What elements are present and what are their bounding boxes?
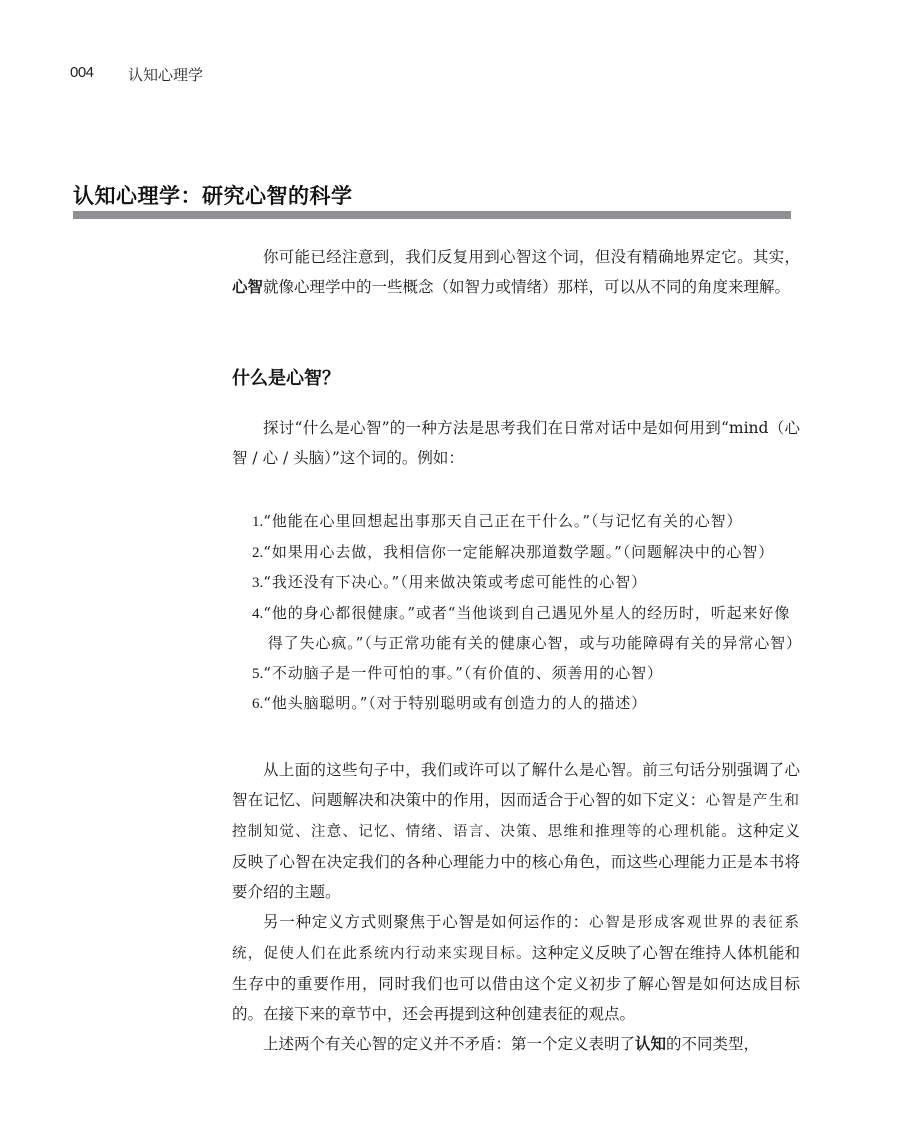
list-item: 6.“他头脑聪明。”（对于特别聪明或有创造力的人的描述）	[252, 689, 800, 720]
body-paragraphs: 从上面的这些句子中，我们或许可以了解什么是心智。前三句话分别强调了心智在记忆、问…	[232, 755, 800, 1059]
item-number: 6.	[252, 696, 263, 712]
list-item: 5.“不动脑子是一件可怕的事。”（有价值的、须善用的心智）	[252, 659, 800, 690]
paragraph-1: 从上面的这些句子中，我们或许可以了解什么是心智。前三句话分别强调了心智在记忆、问…	[232, 755, 800, 907]
keyword-mind: 心智	[232, 277, 263, 296]
item-text: “我还没有下决心。”（用来做决策或考虑可能性的心智）	[263, 573, 647, 591]
lead-paragraph: 探讨“什么是心智”的一种方法是思考我们在日常对话中是如何用到“mind（心智 /…	[232, 413, 800, 473]
list-item: 4.“他的身心都很健康。”或者“当他谈到自己遇见外星人的经历时，听起来好像得了失…	[252, 599, 800, 659]
keyword-cognition: 认知	[635, 1034, 666, 1053]
item-text: “不动脑子是一件可怕的事。”（有价值的、须善用的心智）	[263, 664, 663, 682]
examples-list: 1.“他能在心里回想起出事那天自己正在干什么。”（与记忆有关的心智） 2.“如果…	[252, 507, 800, 720]
item-number: 4.	[252, 606, 263, 622]
p3-text: 上述两个有关心智的定义并不矛盾：第一个定义表明了	[263, 1035, 635, 1053]
item-text: “他能在心里回想起出事那天自己正在干什么。”（与记忆有关的心智）	[263, 512, 742, 530]
book-title: 认知心理学	[128, 64, 203, 85]
item-text: “如果用心去做，我相信你一定能解决那道数学题。”（问题解决中的心智）	[263, 543, 774, 561]
intro-paragraph: 你可能已经注意到，我们反复用到心智这个词，但没有精确地界定它。其实，心智就像心理…	[232, 242, 800, 302]
paragraph-2: 另一种定义方式则聚焦于心智是如何运作的：心智是形成客观世界的表征系统，促使人们在…	[232, 907, 800, 1029]
title-underline-bar	[73, 211, 791, 219]
p3-text-cont: 的不同类型，	[666, 1035, 759, 1053]
subsection-title: 什么是心智？	[232, 364, 340, 390]
item-number: 3.	[252, 575, 263, 591]
item-text: “他的身心都很健康。”或者“当他谈到自己遇见外星人的经历时，听起来好像得了失心疯…	[263, 604, 802, 653]
list-item: 3.“我还没有下决心。”（用来做决策或考虑可能性的心智）	[252, 568, 800, 599]
list-item: 2.“如果用心去做，我相信你一定能解决那道数学题。”（问题解决中的心智）	[252, 538, 800, 569]
item-text: “他头脑聪明。”（对于特别聪明或有创造力的人的描述）	[263, 694, 647, 712]
paragraph-3: 上述两个有关心智的定义并不矛盾：第一个定义表明了认知的不同类型，	[232, 1029, 800, 1059]
item-number: 5.	[252, 666, 263, 682]
section-title: 认知心理学：研究心智的科学	[73, 180, 353, 210]
intro-text: 你可能已经注意到，我们反复用到心智这个词，但没有精确地界定它。其实，	[263, 248, 800, 266]
item-number: 2.	[252, 545, 263, 561]
p2-text: 另一种定义方式则聚焦于心智是如何运作的：	[263, 913, 589, 931]
page-number: 004	[70, 64, 94, 81]
list-item: 1.“他能在心里回想起出事那天自己正在干什么。”（与记忆有关的心智）	[252, 507, 800, 538]
subsection-lead: 探讨“什么是心智”的一种方法是思考我们在日常对话中是如何用到“mind（心智 /…	[232, 413, 800, 473]
item-number: 1.	[252, 514, 263, 530]
intro-text-cont: 就像心理学中的一些概念（如智力或情绪）那样，可以从不同的角度来理解。	[263, 278, 790, 296]
